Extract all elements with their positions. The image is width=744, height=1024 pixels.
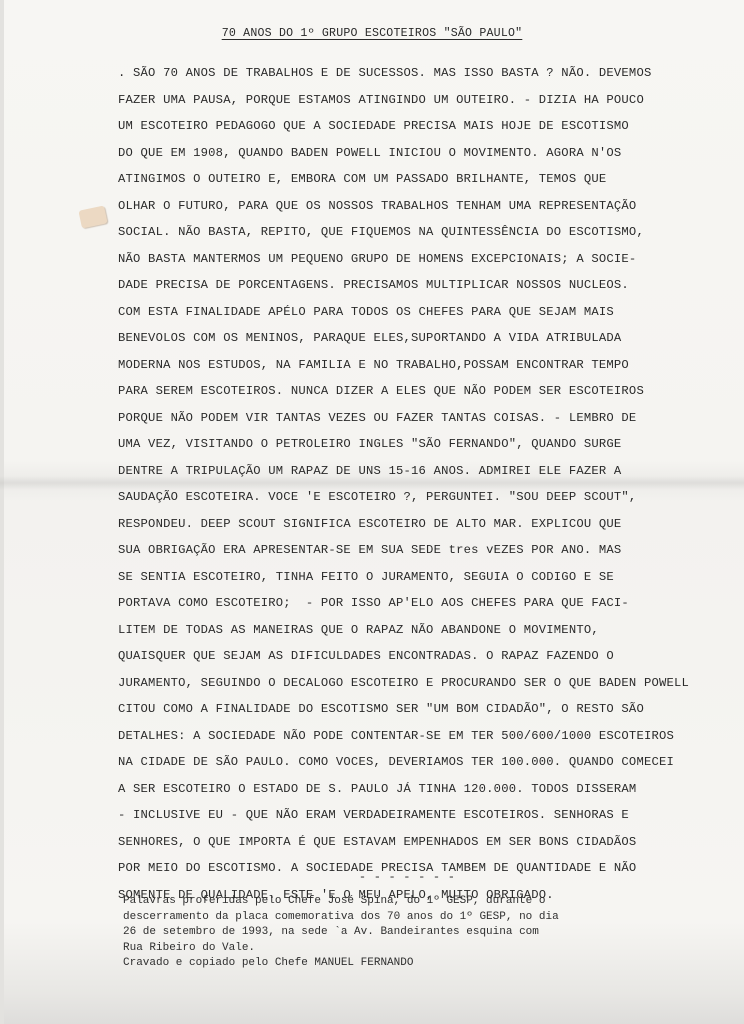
body-line: LITEM DE TODAS AS MANEIRAS QUE O RAPAZ N… [118, 621, 738, 648]
document-body: . SÃO 70 ANOS DE TRABALHOS E DE SUCESSOS… [118, 64, 738, 912]
body-line: NA CIDADE DE SÃO PAULO. COMO VOCES, DEVE… [118, 753, 738, 780]
body-line: - INCLUSIVE EU - QUE NÃO ERAM VERDADEIRA… [118, 806, 738, 833]
body-line: QUAISQUER QUE SEJAM AS DIFICULDADES ENCO… [118, 647, 738, 674]
body-line: RESPONDEU. DEEP SCOUT SIGNIFICA ESCOTEIR… [118, 515, 738, 542]
body-line: SE SENTIA ESCOTEIRO, TINHA FEITO O JURAM… [118, 568, 738, 595]
body-line: BENEVOLOS COM OS MENINOS, PARAQUE ELES,S… [118, 329, 738, 356]
document-footer-note: Palavras proferidas pelo Chefe José Spin… [123, 894, 559, 972]
footer-line: 26 de setembro de 1993, na sede `a Av. B… [123, 925, 559, 941]
body-line: SENHORES, O QUE IMPORTA É QUE ESTAVAM EM… [118, 833, 738, 860]
footer-line: descerramento da placa comemorativa dos … [123, 910, 559, 926]
body-line: PORTAVA COMO ESCOTEIRO; - POR ISSO AP'EL… [118, 594, 738, 621]
body-line: OLHAR O FUTURO, PARA QUE OS NOSSOS TRABA… [118, 197, 738, 224]
separator-dashes: - - - - - - - [0, 870, 744, 884]
body-line: SAUDAÇÃO ESCOTEIRA. VOCE 'E ESCOTEIRO ?,… [118, 488, 738, 515]
footer-line: Rua Ribeiro do Vale. [123, 941, 559, 957]
body-line: SUA OBRIGAÇÃO ERA APRESENTAR-SE EM SUA S… [118, 541, 738, 568]
body-line: MODERNA NOS ESTUDOS, NA FAMILIA E NO TRA… [118, 356, 738, 383]
body-line: PORQUE NÃO PODEM VIR TANTAS VEZES OU FAZ… [118, 409, 738, 436]
body-line: . SÃO 70 ANOS DE TRABALHOS E DE SUCESSOS… [118, 64, 738, 91]
body-line: COM ESTA FINALIDADE APÉLO PARA TODOS OS … [118, 303, 738, 330]
body-line: ATINGIMOS O OUTEIRO E, EMBORA COM UM PAS… [118, 170, 738, 197]
document-title-text: 70 ANOS DO 1º GRUPO ESCOTEIROS "SÃO PAUL… [222, 27, 523, 40]
body-line: DADE PRECISA DE PORCENTAGENS. PRECISAMOS… [118, 276, 738, 303]
body-line: DETALHES: A SOCIEDADE NÃO PODE CONTENTAR… [118, 727, 738, 754]
document-title: 70 ANOS DO 1º GRUPO ESCOTEIROS "SÃO PAUL… [0, 27, 744, 40]
body-line: DO QUE EM 1908, QUANDO BADEN POWELL INIC… [118, 144, 738, 171]
paper-page: 70 ANOS DO 1º GRUPO ESCOTEIROS "SÃO PAUL… [0, 0, 744, 1024]
body-line: UM ESCOTEIRO PEDAGOGO QUE A SOCIEDADE PR… [118, 117, 738, 144]
footer-line: Palavras proferidas pelo Chefe José Spin… [123, 894, 559, 910]
body-line: PARA SEREM ESCOTEIROS. NUNCA DIZER A ELE… [118, 382, 738, 409]
body-line: JURAMENTO, SEGUINDO O DECALOGO ESCOTEIRO… [118, 674, 738, 701]
body-line: A SER ESCOTEIRO O ESTADO DE S. PAULO JÁ … [118, 780, 738, 807]
body-line: SOCIAL. NÃO BASTA, REPITO, QUE FIQUEMOS … [118, 223, 738, 250]
tape-scrap [78, 205, 107, 228]
footer-line: Cravado e copiado pelo Chefe MANUEL FERN… [123, 956, 559, 972]
body-line: DENTRE A TRIPULAÇÃO UM RAPAZ DE UNS 15-1… [118, 462, 738, 489]
body-line: CITOU COMO A FINALIDADE DO ESCOTISMO SER… [118, 700, 738, 727]
body-line: UMA VEZ, VISITANDO O PETROLEIRO INGLES "… [118, 435, 738, 462]
body-line: FAZER UMA PAUSA, PORQUE ESTAMOS ATINGIND… [118, 91, 738, 118]
body-line: NÃO BASTA MANTERMOS UM PEQUENO GRUPO DE … [118, 250, 738, 277]
